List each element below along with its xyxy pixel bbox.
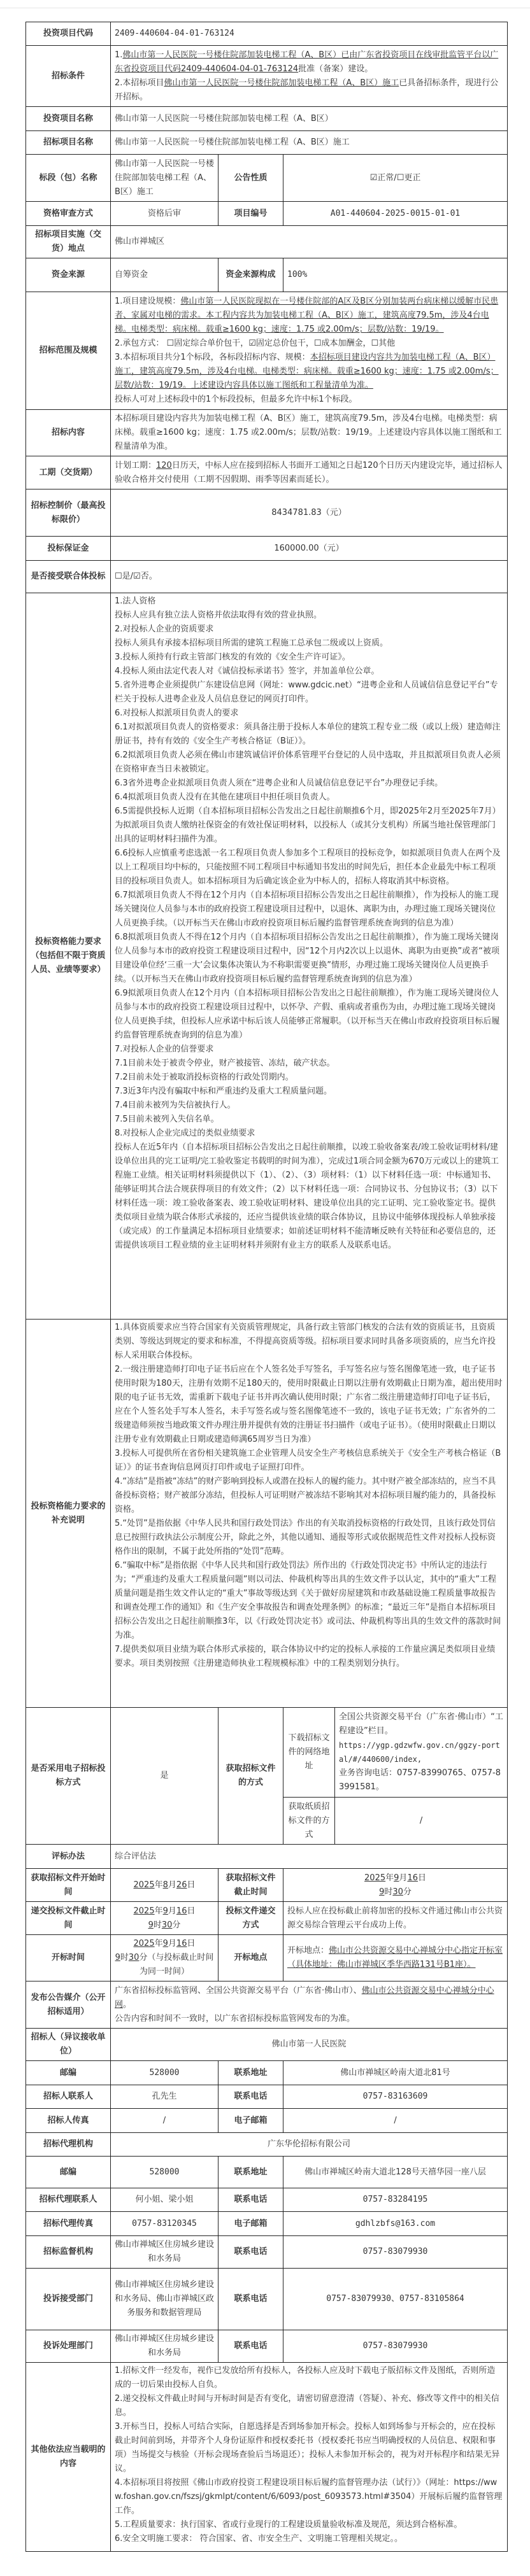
label-paper-method: 获取纸质招标文件的方式 (283, 1798, 335, 1845)
period-prefix: 计划工期： (115, 461, 156, 470)
label-tender-name: 招标项目名称 (26, 131, 111, 155)
condition-2-underlined: 佛山市第一人民医院一号楼住院部加装电梯工程（A、B区）施工 (164, 78, 399, 88)
req-line: 6.2拟派项目负责人必须在佛山市建筑诚信评价体系管理平台登记的人员中选取，并且拟… (115, 749, 503, 777)
row-scope: 招标范围及规模 1.项目建设规模：佛山市第一人民医院现拟在一号楼住院部的A区及B… (26, 292, 508, 410)
req-line: 投标人应具有独立法人资格并依法取得有效的营业执照。 (115, 609, 503, 623)
label-supplement: 投标资格能力要求的补充说明 (26, 1320, 111, 1708)
req-line: 2.对投标人企业的资质要求 (115, 623, 503, 637)
req-line: 6.3省外进粤企业拟派项目负责人须在“进粤企业和人员诚信信息登记平台”办理登记手… (115, 777, 503, 791)
page-top-divider (0, 8, 530, 8)
supp-line: 5.“处罚”是指依据《中华人民共和国行政处罚法》作出的有关取消投标资格的行政处罚… (115, 1517, 503, 1559)
value-tenderer-fax: / (111, 2109, 218, 2133)
label-complaint-handle-phone: 联系电话 (218, 2330, 283, 2363)
label-tenderer-fax: 招标人传真 (26, 2109, 111, 2133)
value-tenderer-zip: 528000 (111, 2061, 218, 2085)
value-doc-start: 2025年8月26日 (111, 1869, 218, 1902)
req-line: 6.1对拟派项目负责人的资格要求：须具备注册于投标人本单位的建筑工程专业二级（或… (115, 721, 503, 749)
period-suffix: 日历天，中标人应在接到招标人书面开工通知之日起120个日历天内建设完毕，通过招标… (115, 461, 503, 484)
open-month: 9 (163, 1939, 168, 1948)
label-investment-name: 投资项目名称 (26, 107, 111, 131)
start-month: 8 (163, 1880, 168, 1890)
label-requirements: 投标资格能力要求（包括但不限于资质人员、业绩等要求） (26, 593, 111, 1320)
value-supplement: 1.具体资质要求应当符合国家有关资质管理规定，具备行政主管部门核发的合法有效的资… (111, 1320, 508, 1708)
req-line: 6.9拟派项目负责人在12个月内（自本招标项目招标公告发出之日起往前顺推），作为… (115, 987, 503, 1043)
submit-minute: 30 (162, 1920, 173, 1930)
value-project-code: 2409-440604-04-01-763124 (111, 22, 508, 46)
value-location: 佛山市禅城区 (111, 226, 508, 258)
label-electronic: 是否采用电子招标投标方式 (26, 1708, 111, 1845)
value-section-name: 佛山市第一人民医院一号楼住院部加装电梯工程（A、B区）施工 (111, 155, 218, 202)
start-year: 2025 (134, 1880, 155, 1890)
end-hour: 9 (379, 1887, 384, 1897)
value-complaint-handle-phone: 0757-83079930 (283, 2330, 508, 2363)
label-submit-deadline: 递交投标文件截止时间 (26, 1902, 111, 1935)
label-agency-phone: 联系电话 (218, 2188, 283, 2212)
value-agency: 广东华伦招标有限公司 (111, 2133, 508, 2157)
row-electronic: 是否采用电子招标投标方式 是 获取招标文件的方式 下载招标文件的网络地址 全国公… (26, 1708, 508, 1798)
label-project-code: 投资项目代码 (26, 22, 111, 46)
req-line: 投标人在近5年内（自本招标项目招标公告发出之日起往前顺推，以竣工验收备案表/竣工… (115, 1141, 503, 1253)
value-period: 计划工期：120日历天，中标人应在接到招标人书面开工通知之日起120个日历天内建… (111, 456, 508, 489)
end-year: 2025 (364, 1873, 385, 1883)
label-content: 招标内容 (26, 410, 111, 456)
req-line: 6.对投标人拟派项目负责人的要求 (115, 707, 503, 721)
media-prefix: 广东省招标投标监管网、全国公共资源交易平台（广东省·佛山市）、 (115, 1986, 362, 1995)
row-agency: 招标代理机构 广东华伦招标有限公司 (26, 2133, 508, 2157)
label-agency-fax: 招标代理传真 (26, 2212, 111, 2236)
label-supervision-phone: 联系电话 (218, 2236, 283, 2269)
label-agency-contact: 招标代理联系人 (26, 2188, 111, 2212)
supp-line: 2.一级注册建造师打印电子证书后应在个人签名处手写签名，手写签名应与签名图像笔迹… (115, 1363, 503, 1447)
tender-notice-table: 投资项目代码 2409-440604-04-01-763124 招标条件 1.佛… (25, 22, 508, 2552)
label-complaint-handle: 投诉处理部门 (26, 2330, 111, 2363)
req-line: 7.对投标人企业的信誉要求 (115, 1043, 503, 1057)
value-media: 广东省招标投标监管网、全国公共资源交易平台（广东省·佛山市）、佛山市公共资源交易… (111, 1981, 508, 2029)
row-submit: 递交投标文件截止时间 2025年9月16日9时30分 投标文件递交方式 投标人应… (26, 1902, 508, 1935)
scope-contract-method: 2.承包方式： ☐固定综合单价包干，☑固定总价包干，☐成本加酬金，☐其他 (115, 337, 503, 351)
other-line: 4.本招标项目将按照《佛山市政府投资工程建设项目标后履约监督管理办法（试行）》（… (115, 2476, 503, 2518)
open-day: 16 (176, 1939, 187, 1948)
req-line: 投标人须具有承接本招标项目所需的建筑工程施工总承包二级或以上资质。 (115, 637, 503, 651)
value-download-address: 全国公共资源交易平台（广东省·佛山市）“工程建设”栏目。 https://ygp… (335, 1708, 508, 1798)
row-supervision: 招标监督机构 佛山市禅城区住房城乡建设和水务局 联系电话 0757-830799… (26, 2236, 508, 2269)
req-line: 1.法人资格 (115, 595, 503, 609)
place-prefix: 开标地点： (287, 1946, 329, 1955)
row-tenderer-zip: 邮编 528000 联系地址 佛山市禅城区岭南大道北81号 (26, 2061, 508, 2085)
label-tenderer-phone: 联系电话 (218, 2085, 283, 2109)
open-hour: 9 (115, 1953, 120, 1962)
label-deposit: 投标保证金 (26, 537, 111, 561)
row-agency-contact: 招标代理联系人 何小姐、梁小姐 联系电话 0757-83284195 (26, 2188, 508, 2212)
row-section-name: 标段（包）名称 佛山市第一人民医院一号楼住院部加装电梯工程（A、B区）施工 公告… (26, 155, 508, 202)
req-line: 8.对投标人企业完成过的类似业绩要求 (115, 1127, 503, 1141)
row-evaluation: 评标办法 综合评估法 (26, 1845, 508, 1869)
value-agency-address: 佛山市禅城区岭南大道北128号天禧华园一座八层 (283, 2157, 508, 2188)
label-funding-structure: 资金来源构成 (218, 258, 283, 292)
value-doc-end: 2025年9月16日9时30分 (283, 1869, 508, 1902)
scope-section-limit: 投标人可对上述标段中的1个标段投标，但最多允许中标1个标段。 (115, 393, 503, 407)
condition-1-suffix: 批准（备案）建设。 (298, 64, 373, 74)
req-line: 7.2目前未处于被取消投标资格的行政处罚期内。 (115, 1071, 503, 1085)
open-minute: 30 (129, 1953, 140, 1962)
label-conditions: 招标条件 (26, 46, 111, 107)
submit-hour: 9 (148, 1920, 154, 1930)
row-tender-name: 招标项目名称 佛山市第一人民医院一号楼住院部加装电梯工程（A、B区）施工 (26, 131, 508, 155)
value-complaint-accept-phone: 0757-83079930、0757-83105864 (283, 2269, 508, 2330)
value-tenderer-contact: 孔先生 (111, 2085, 218, 2109)
row-funding: 资金来源 自筹资金 资金来源构成 100% (26, 258, 508, 292)
value-paper-method: / (335, 1798, 508, 1845)
row-agency-fax: 招标代理传真 0757-83120345 电子邮箱 gdhlzbfs@163.c… (26, 2212, 508, 2236)
label-agency-zip: 邮编 (26, 2157, 111, 2188)
label-tenderer-email: 电子邮箱 (218, 2109, 283, 2133)
condition-1-prefix: 1. (115, 50, 122, 60)
label-opening-place: 开标地点 (218, 1935, 283, 1981)
open-year: 2025 (134, 1939, 155, 1948)
label-opening-time: 开标时间 (26, 1935, 111, 1981)
label-complaint-accept: 投诉接受部门 (26, 2269, 111, 2330)
row-consortium: 是否接受联合体投标 ☐是/☑否。 (26, 561, 508, 593)
scope-1-prefix: 1.项目建设规模： (115, 297, 180, 306)
supp-line: 7.提供类似项目业绩为联合体形式承接的，联合体协议中约定的投标人承接的工作量应满… (115, 1643, 503, 1671)
row-opening: 开标时间 2025年9月16日9时30分（与投标截止时间为同一时间） 开标地点 … (26, 1935, 508, 1981)
label-download-address: 下载招标文件的网络地址 (283, 1708, 335, 1798)
row-other: 其他依法应当载明的内容 1.招标文件一经发布，视作已发放给所有投标人，各投标人应… (26, 2363, 508, 2552)
row-conditions: 招标条件 1.佛山市第一人民医院一号楼住院部加装电梯工程（A、B区）已由广东省投… (26, 46, 508, 107)
value-qualification: 资格后审 (111, 202, 218, 226)
value-opening-place: 开标地点：佛山市公共资源交易中心禅城分中心指定开标室（具体地址：佛山市禅城区季华… (283, 1935, 508, 1981)
end-month: 9 (394, 1873, 399, 1883)
req-line: 6.4拟派项目负责人没有在其他在建项目中担任项目负责人。 (115, 791, 503, 805)
media-note: 公告内容和时间不一致时，以广东省招标投标监管网发布的为准。 (115, 2012, 503, 2026)
value-supervision-phone: 0757-83079930 (283, 2236, 508, 2269)
req-line: 3.投标人须持有行政主管部门核发的有效的《安全生产许可证》。 (115, 651, 503, 665)
value-control-price: 8434781.83（元） (111, 489, 508, 537)
value-tenderer-address: 佛山市禅城区岭南大道北81号 (283, 2061, 508, 2085)
download-url-link[interactable]: https://ygp.gdzwfw.gov.cn/ggzy-portal/#/… (339, 1738, 503, 1766)
value-agency-email: gdhlzbfs@163.com (283, 2212, 508, 2236)
value-tenderer-phone: 0757-83163609 (283, 2085, 508, 2109)
submit-day: 16 (176, 1906, 187, 1916)
label-doc-end: 获取招标文件截止时间 (218, 1869, 283, 1902)
submit-month: 9 (163, 1906, 168, 1916)
media-suffix: 。 (123, 2000, 131, 2009)
value-evaluation: 综合评估法 (111, 1845, 508, 1869)
period-days: 120 (156, 461, 172, 470)
label-location: 招标项目实施（交货）地点 (26, 226, 111, 258)
req-line: 6.5需提供投标人近期（自本招标项目招标公告发出之日起往前顺推6个月，即2025… (115, 805, 503, 847)
row-period: 工期（交货期） 计划工期：120日历天，中标人应在接到招标人书面开工通知之日起1… (26, 456, 508, 489)
label-complaint-accept-phone: 联系电话 (218, 2269, 283, 2330)
label-other: 其他依法应当载明的内容 (26, 2363, 111, 2552)
req-line: 7.1目前未处于被责令停业，财产被接管、冻结，破产状态。 (115, 1057, 503, 1071)
row-complaint-handle: 投诉处理部门 佛山市禅城区住房城乡建设和水务局 联系电话 0757-830799… (26, 2330, 508, 2363)
value-deposit: 160000.00（元） (111, 537, 508, 561)
row-tenderer-fax: 招标人传真 / 电子邮箱 / (26, 2109, 508, 2133)
label-period: 工期（交货期） (26, 456, 111, 489)
label-tenderer-zip: 邮编 (26, 2061, 111, 2085)
value-consortium: ☐是/☑否。 (111, 561, 508, 593)
value-agency-contact: 何小姐、梁小姐 (111, 2188, 218, 2212)
req-line: 7.5目前未被列入失信名单。 (115, 1113, 503, 1127)
row-tenderer: 招标人（异议接收单位） 佛山市第一人民医院 (26, 2029, 508, 2061)
value-tender-name: 佛山市第一人民医院一号楼住院部加装电梯工程（A、B区）施工 (111, 131, 508, 155)
label-doc-start: 获取招标文件开始时间 (26, 1869, 111, 1902)
value-agency-zip: 528000 (111, 2157, 218, 2188)
value-content: 本招标项目建设内容共为加装电梯工程（A、B区）施工，建筑高度79.5m，涉及4台… (111, 410, 508, 456)
label-submit-method: 投标文件递交方式 (218, 1902, 283, 1935)
row-complaint-accept: 投诉接受部门 佛山市禅城区住房城乡建设和水务局、佛山市禅城区政务服务和数据管理局… (26, 2269, 508, 2330)
download-platform: 全国公共资源交易平台（广东省·佛山市）“工程建设”栏目。 (339, 1710, 503, 1738)
label-control-price: 招标控制价（最高投标限价） (26, 489, 111, 537)
row-investment-name: 投资项目名称 佛山市第一人民医院一号楼住院部加装电梯工程（A、B区） (26, 107, 508, 131)
req-line: 4.投标人须由法定代表人对《诚信投标承诺书》签字，并加盖单位公章。 (115, 665, 503, 679)
label-funding: 资金来源 (26, 258, 111, 292)
value-requirements: 1.法人资格 投标人应具有独立法人资格并依法取得有效的营业执照。 2.对投标人企… (111, 593, 508, 1320)
value-complaint-handle: 佛山市禅城区住房城乡建设和水务局 (111, 2330, 218, 2363)
value-opening-time: 2025年9月16日9时30分（与投标截止时间为同一时间） (111, 1935, 218, 1981)
value-agency-fax: 0757-83120345 (111, 2212, 218, 2236)
value-supervision: 佛山市禅城区住房城乡建设和水务局 (111, 2236, 218, 2269)
value-project-number: A01-440604-2025-0015-01-01 (283, 202, 508, 226)
value-submit-method: 投标人应在投标截止前将加密的投标文件通过佛山市公共资源交易综合管理云平台成功上传… (283, 1902, 508, 1935)
label-supervision: 招标监督机构 (26, 2236, 111, 2269)
label-project-number: 项目编号 (218, 202, 283, 226)
req-line: 5.省外进粤企业须提供广东建设信息网（网址：www.gdcic.net）“进粤企… (115, 679, 503, 707)
submit-year: 2025 (134, 1906, 155, 1916)
end-minute: 30 (392, 1887, 403, 1897)
label-agency: 招标代理机构 (26, 2133, 111, 2157)
row-supplement: 投标资格能力要求的补充说明 1.具体资质要求应当符合国家有关资质管理规定，具备行… (26, 1320, 508, 1708)
download-phone: 业务咨询电话：0757-83990765、0757-83991581。 (339, 1766, 503, 1794)
scope-3-prefix: 3.本招标项目共分1个标段，各标段招标内容、规模： (115, 353, 310, 362)
supp-line: 3.投标人可提供所在省份相关建筑施工企业管理人员安全生产考核信息系统关于《安全生… (115, 1447, 503, 1475)
label-agency-email: 电子邮箱 (218, 2212, 283, 2236)
req-line: 6.6投标人应慎重考虑选派一名工程项目负责人参加多个工程项目的投标竞争，如拟派项… (115, 847, 503, 889)
row-deposit: 投标保证金 160000.00（元） (26, 537, 508, 561)
label-media: 发布公告媒介（公开招标适用） (26, 1981, 111, 2029)
value-conditions: 1.佛山市第一人民医院一号楼住院部加装电梯工程（A、B区）已由广东省投资项目在线… (111, 46, 508, 107)
value-notice-nature: ☑正常/☐更正 (283, 155, 508, 202)
label-notice-nature: 公告性质 (218, 155, 283, 202)
supp-line: 6.“骗取中标”是指依据《中华人民共和国行政处罚法》所作出的《行政处罚决定书》中… (115, 1559, 503, 1643)
supp-line: 4.“冻结”是指被“冻结”的财产影响到投标人或潜在投标人的履约能力。其中财产被全… (115, 1475, 503, 1517)
value-investment-name: 佛山市第一人民医院一号楼住院部加装电梯工程（A、B区） (111, 107, 508, 131)
label-agency-address: 联系地址 (218, 2157, 283, 2188)
row-location: 招标项目实施（交货）地点 佛山市禅城区 (26, 226, 508, 258)
row-media: 发布公告媒介（公开招标适用） 广东省招标投标监管网、全国公共资源交易平台（广东省… (26, 1981, 508, 2029)
value-scope: 1.项目建设规模：佛山市第一人民医院现拟在一号楼住院部的A区及B区分别加装两台病… (111, 292, 508, 410)
supp-line: 1.具体资质要求应当符合国家有关资质管理规定，具备行政主管部门核发的合法有效的资… (115, 1321, 503, 1363)
label-section-name: 标段（包）名称 (26, 155, 111, 202)
row-project-code: 投资项目代码 2409-440604-04-01-763124 (26, 22, 508, 46)
other-line: 1.招标文件一经发布，视作已发放给所有投标人，各投标人应及时下载电子版招标文件及… (115, 2364, 503, 2392)
label-obtain-method: 获取招标文件的方式 (218, 1708, 283, 1845)
req-line: 7.3近3年内没有骗取中标和严重违约及重大工程质量问题。 (115, 1085, 503, 1099)
label-tenderer-contact: 招标人联系人 (26, 2085, 111, 2109)
label-consortium: 是否接受联合体投标 (26, 561, 111, 593)
row-agency-zip: 邮编 528000 联系地址 佛山市禅城区岭南大道北128号天禧华园一座八层 (26, 2157, 508, 2188)
value-tenderer-email: / (283, 2109, 508, 2133)
other-line: 5.工程质量要求：执行国家、省或行业现行的工程建设质量验收标准及规范，须达到合格… (115, 2518, 503, 2532)
label-tenderer-address: 联系地址 (218, 2061, 283, 2085)
value-funding-structure: 100% (283, 258, 508, 292)
open-time-note: （与投标截止时间为同一时间） (140, 1953, 213, 1976)
req-line: 6.8拟派项目负责人不得在12个月内（自本招标项目招标公告发出之日起往前顺推），… (115, 931, 503, 987)
req-line: 7.4目前未被列为失信被执行人。 (115, 1099, 503, 1113)
value-agency-phone: 0757-83284195 (283, 2188, 508, 2212)
value-complaint-accept: 佛山市禅城区住房城乡建设和水务局、佛山市禅城区政务服务和数据管理局 (111, 2269, 218, 2330)
label-qualification: 资格审查方式 (26, 202, 111, 226)
value-electronic: 是 (111, 1708, 218, 1845)
row-qualification: 资格审查方式 资格后审 项目编号 A01-440604-2025-0015-01… (26, 202, 508, 226)
row-tenderer-contact: 招标人联系人 孔先生 联系电话 0757-83163609 (26, 2085, 508, 2109)
label-evaluation: 评标办法 (26, 1845, 111, 1869)
end-day: 16 (407, 1873, 418, 1883)
row-content: 招标内容 本招标项目建设内容共为加装电梯工程（A、B区）施工，建筑高度79.5m… (26, 410, 508, 456)
row-requirements: 投标资格能力要求（包括但不限于资质人员、业绩等要求） 1.法人资格 投标人应具有… (26, 593, 508, 1320)
other-line: 2.递交投标文件截止时间与开标时间是否有变化，请密切留意澄清（答疑）、补充、修改… (115, 2392, 503, 2420)
label-tenderer: 招标人（异议接收单位） (26, 2029, 111, 2061)
start-day: 26 (176, 1880, 187, 1890)
value-tenderer: 佛山市第一人民医院 (111, 2029, 508, 2061)
other-line: 3.开标当日，投标人可结合实际，自愿选择是否到场参加开标会。投标人如到场参与开标… (115, 2420, 503, 2476)
value-other: 1.招标文件一经发布，视作已发放给所有投标人，各投标人应及时下载电子版招标文件及… (111, 2363, 508, 2552)
other-line: 6.安全文明施工要求： 符合国家、省、市安全生产、文明施工管理相关规定。。 (115, 2532, 503, 2546)
row-doc-time: 获取招标文件开始时间 2025年8月26日 获取招标文件截止时间 2025年9月… (26, 1869, 508, 1902)
value-funding: 自筹资金 (111, 258, 218, 292)
value-submit-deadline: 2025年9月16日9时30分 (111, 1902, 218, 1935)
condition-2-prefix: 2.本招标项目 (115, 78, 164, 88)
req-line: 6.7拟派项目负责人不得在12个月内（自本招标项目招标公告发出之日起往前顺推），… (115, 889, 503, 931)
label-scope: 招标范围及规模 (26, 292, 111, 410)
row-control-price: 招标控制价（最高投标限价） 8434781.83（元） (26, 489, 508, 537)
